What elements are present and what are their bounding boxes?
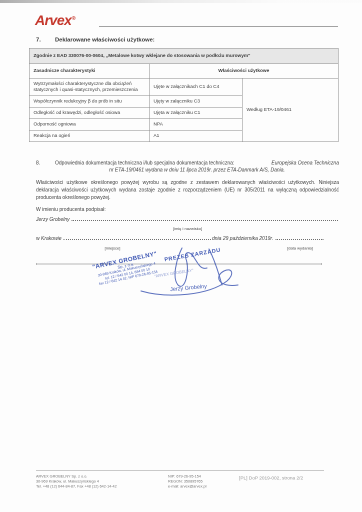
section7-title: Deklarowane właściwości użytkowe:	[55, 37, 155, 43]
section8-value-part2: nr ETA-19/0461 wydana w dniu 11 lipca 20…	[55, 167, 339, 174]
table-row: Zasadnicze charakterystyki Właściwości u…	[29, 64, 338, 79]
footer-email: e-mail: arvex@arvex.pl	[168, 484, 206, 489]
dotted-leader	[72, 219, 338, 221]
registered-mark-icon: ®	[72, 16, 75, 22]
scan-edge-shadow	[0, 0, 362, 3]
footer-company-phone: Tel. +48 (12) 644-84-87, Fax +48 (12) 64…	[36, 484, 117, 489]
section7-heading: 7. Deklarowane właściwości użytkowe:	[36, 37, 339, 43]
performance-cell: A1	[149, 130, 242, 142]
footer-page-ref: [PL] DoP 2019-002, strona 2/2	[239, 476, 303, 482]
table-row: Zgodnie z EAD 330076-00-0604, „Metalowe …	[29, 48, 338, 64]
section8-number: 8.	[36, 160, 55, 174]
footer-rule	[36, 470, 324, 471]
section8-line1: Odpowiednia dokumentacja techniczna i/lu…	[55, 160, 339, 167]
performance-cell: Ujęte w załącznikach C1 do C4	[149, 78, 242, 96]
section8: 8. Odpowiednia dokumentacja techniczna i…	[36, 160, 339, 174]
performance-table: Zgodnie z EAD 330076-00-0604, „Metalowe …	[29, 48, 339, 142]
header-rule	[99, 26, 338, 27]
characteristic-cell: Wytrzymałości charakterystyczne dla obci…	[29, 78, 149, 96]
date-caption: [data wydania]	[260, 246, 340, 251]
section8-label: Odpowiednia dokumentacja techniczna i/lu…	[55, 160, 234, 167]
name-caption: [imię i nazwisko]	[36, 227, 339, 232]
document-page: Arvex® 7. Deklarowane właściwości użytko…	[0, 0, 362, 512]
arvex-logo: Arvex®	[35, 12, 75, 28]
reference-note-cell: Według ETA-19/0461	[242, 78, 338, 142]
declaration-paragraph: Właściwości użytkowe określonego powyżej…	[36, 179, 339, 202]
scan-canvas: Arvex® 7. Deklarowane właściwości użytko…	[0, 0, 362, 512]
table-row: Wytrzymałości charakterystyczne dla obci…	[29, 78, 338, 96]
name-signature-line: Jerzy Grobelny	[36, 217, 339, 223]
footer-ids-block: NIP: 679-26-95-154 REGON: 350895765 e-ma…	[168, 474, 206, 489]
conformity-header-cell: Zgodnie z EAD 330076-00-0604, „Metalowe …	[29, 48, 338, 64]
col-header-performance: Właściwości użytkowe	[149, 64, 338, 79]
characteristic-cell: Współczynnik redukcyjny β do prób in sit…	[29, 96, 149, 108]
section8-value-part1: Europejska Ocena Techniczna	[271, 160, 339, 167]
characteristic-cell: Reakcja na ogień	[29, 130, 149, 142]
performance-cell: NPA	[149, 119, 242, 131]
col-header-characteristics: Zasadnicze charakterystyki	[29, 64, 149, 79]
performance-cell: Ujęta w załączniku C1	[149, 107, 242, 119]
characteristic-cell: Odległość od krawędzi, odległość osiowa	[29, 107, 149, 119]
characteristic-cell: Odporność ogniowa	[29, 119, 149, 131]
performance-cell: Ujęty w załączniku C3	[149, 96, 242, 108]
handwritten-signature	[134, 239, 244, 304]
signer-name: Jerzy Grobelny	[36, 217, 70, 223]
section8-body: Odpowiednia dokumentacja techniczna i/lu…	[55, 160, 339, 174]
place-prefix: w	[36, 236, 40, 242]
footer-company-block: ARVEX GROBELNY Sp. z o.o. 30-969 Kraków,…	[36, 474, 117, 489]
performance-table-grid: Zgodnie z EAD 330076-00-0604, „Metalowe …	[29, 48, 339, 142]
dotted-leader	[275, 238, 323, 240]
place-value: Krakowie	[41, 236, 62, 242]
logo-text: Arvex	[35, 13, 71, 29]
signed-intro: W imieniu producenta podpisał:	[36, 207, 106, 213]
section7-number: 7.	[36, 37, 55, 43]
